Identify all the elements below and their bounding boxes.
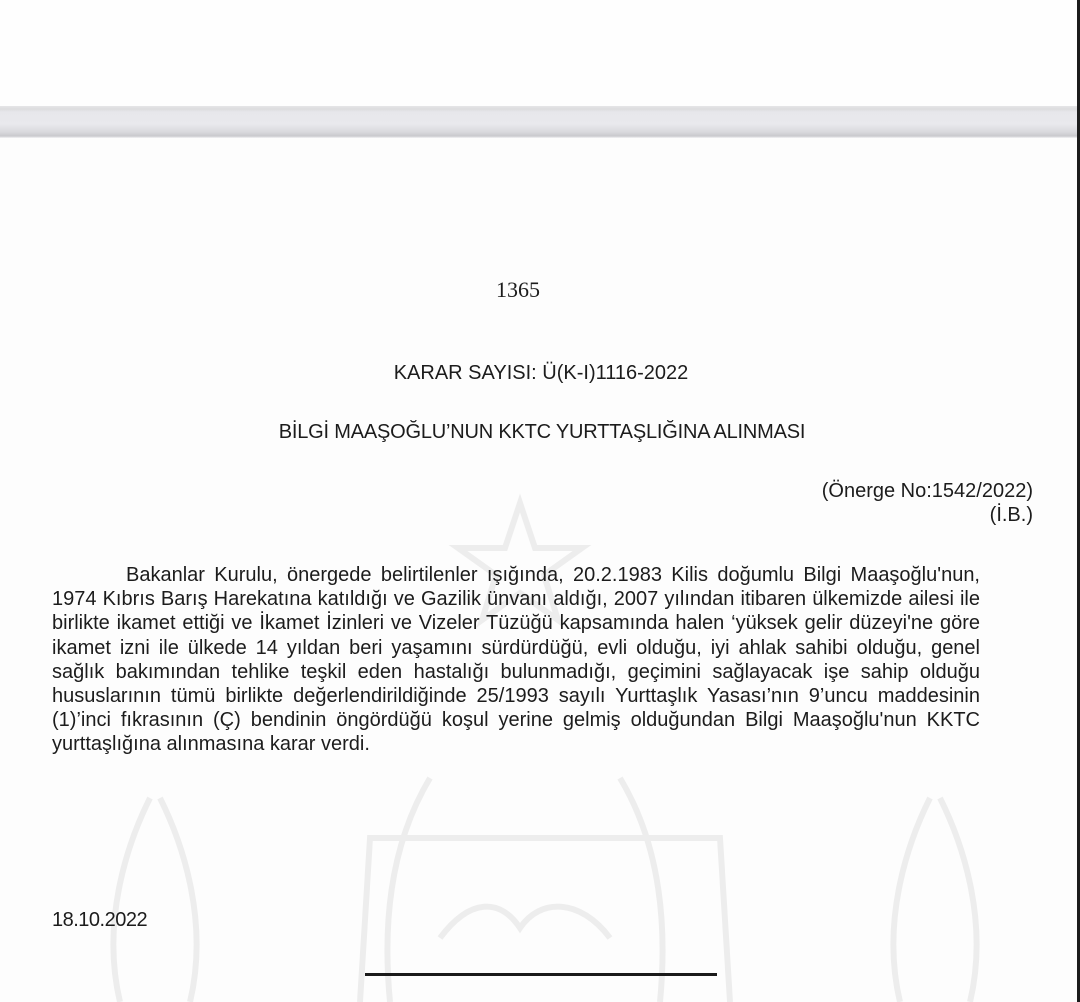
decision-number: KARAR SAYISI: Ü(K-I)1116-2022 — [0, 362, 1080, 385]
decision-date: 18.10.2022 — [52, 909, 147, 932]
signature-line — [365, 973, 717, 976]
decision-body: Bakanlar Kurulu, önergede belirtilenler … — [52, 563, 980, 757]
proposal-initials: (İ.B.) — [822, 503, 1033, 527]
decision-body-text: Bakanlar Kurulu, önergede belirtilenler … — [52, 564, 980, 755]
page-number: 1365 — [0, 277, 1036, 303]
decision-title: BİLGİ MAAŞOĞLU’NUN KKTC YURTTAŞLIĞINA AL… — [0, 421, 1080, 444]
proposal-reference: (Önerge No:1542/2022) (İ.B.) — [822, 479, 1033, 527]
page-separator — [0, 106, 1077, 138]
proposal-number: (Önerge No:1542/2022) — [822, 479, 1033, 503]
previous-page-bottom — [0, 0, 1080, 106]
